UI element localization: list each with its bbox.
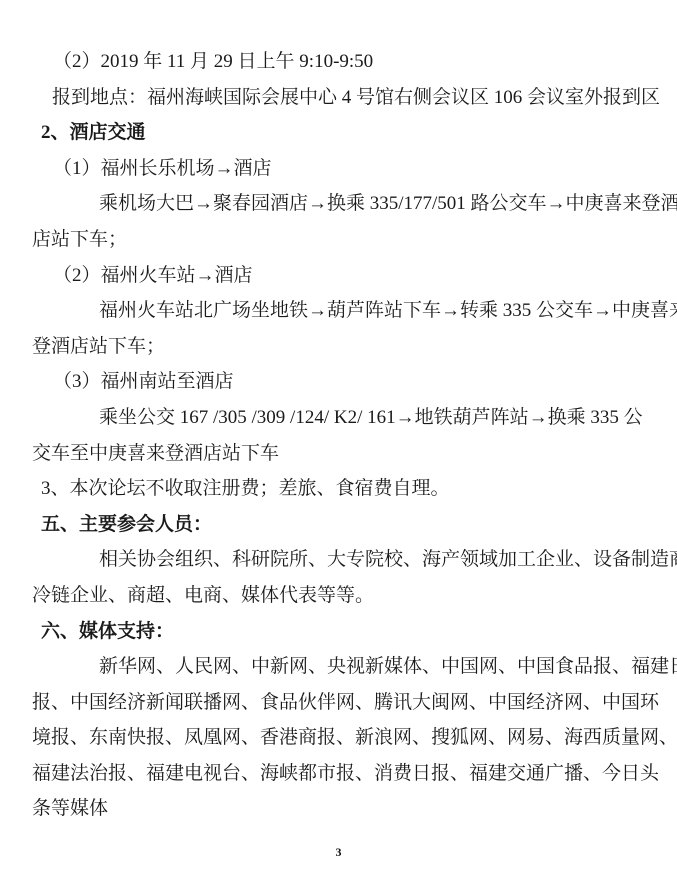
media-support-heading: 六、媒体支持：	[32, 614, 652, 650]
media-list-line-2: 报、中国经济新闻联播网、食品伙伴网、腾讯大闽网、中国经济网、中国环	[32, 685, 652, 721]
registration-fee-line: 3、本次论坛不收取注册费；差旅、食宿费自理。	[32, 471, 652, 507]
registration-place-line: 报到地点：福州海峡国际会展中心 4 号馆右侧会议区 106 会议室外报到区	[32, 80, 652, 116]
media-list-line-4: 福建法治报、福建电视台、海峡都市报、消费日报、福建交通广播、今日头	[32, 756, 652, 792]
railway-route-title-line: （2）福州火车站→酒店	[32, 258, 652, 294]
media-list-line-5: 条等媒体	[32, 791, 652, 827]
south-station-route-title-line: （3）福州南站至酒店	[32, 364, 652, 400]
south-station-route-line-1: 乘坐公交 167 /305 /309 /124/ K2/ 161→地铁葫芦阵站→…	[32, 400, 652, 436]
railway-route-line-1: 福州火车站北广场坐地铁→葫芦阵站下车→转乘 335 公交车→中庚喜来	[32, 293, 652, 329]
document-page: （2）2019 年 11 月 29 日上午 9:10-9:50 报到地点：福州海…	[32, 44, 652, 827]
airport-route-line-1: 乘机场大巴→聚春园酒店→换乘 335/177/501 路公交车→中庚喜来登酒	[32, 186, 652, 222]
participants-line-2: 冷链企业、商超、电商、媒体代表等等。	[32, 578, 652, 614]
registration-time-line: （2）2019 年 11 月 29 日上午 9:10-9:50	[32, 44, 652, 80]
participants-heading: 五、主要参会人员：	[32, 507, 652, 543]
hotel-transport-heading: 2、酒店交通	[32, 115, 652, 151]
participants-line-1: 相关协会组织、科研院所、大专院校、海产领域加工企业、设备制造商、	[32, 542, 652, 578]
railway-route-line-2: 登酒店站下车；	[32, 329, 652, 365]
airport-route-line-2: 店站下车；	[32, 222, 652, 258]
page-number: 3	[0, 845, 677, 860]
airport-route-title-line: （1）福州长乐机场→酒店	[32, 151, 652, 187]
south-station-route-line-2: 交车至中庚喜来登酒店站下车	[32, 436, 652, 472]
media-list-line-3: 境报、东南快报、凤凰网、香港商报、新浪网、搜狐网、网易、海西质量网、	[32, 720, 652, 756]
media-list-line-1: 新华网、人民网、中新网、央视新媒体、中国网、中国食品报、福建日	[32, 649, 652, 685]
